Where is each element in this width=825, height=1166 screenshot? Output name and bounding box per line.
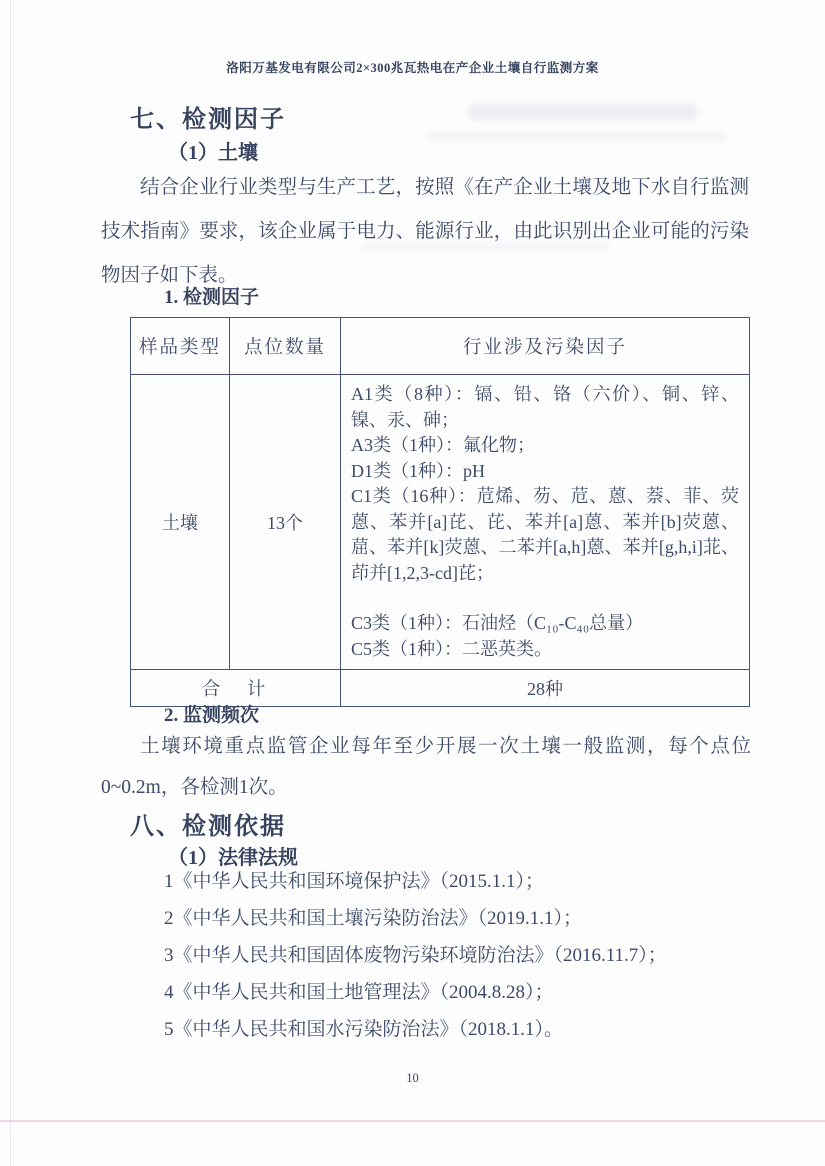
cell-pollutant-factors: A1类（8种）：镉、铅、铬（六价）、铜、锌、镍、汞、砷； A3类（1种）：氟化物… [341,375,750,670]
cell-total-value: 28种 [341,670,750,707]
scan-artifact [428,132,728,141]
section7-intro-paragraph: 结合企业行业类型与生产工艺，按照《在产企业土壤及地下水自行监测技术指南》要求，该… [101,166,749,298]
scanner-edge-line-left [10,0,11,1166]
cell-sample-type: 土壤 [131,375,230,670]
table-header-row: 样品类型 点位数量 行业涉及污染因子 [131,318,750,375]
section7-heading: 七、检测因子 [130,99,286,134]
cell-point-count: 13个 [230,375,341,670]
section8-subheading-laws: （1）法律法规 [168,841,298,870]
scanner-edge-line-bottom [0,1120,825,1122]
law-item-1: 1《中华人民共和国环境保护法》（2015.1.1）； [164,871,764,892]
factor-class-c5: C5类（1种）：二恶英类。 [351,637,739,663]
law-item-4: 4《中华人民共和国土地管理法》（2004.8.28）； [164,982,764,1003]
header-sample-type: 样品类型 [131,318,230,375]
law-list: 1《中华人民共和国环境保护法》（2015.1.1）； 2《中华人民共和国土壤污染… [164,871,764,1056]
factor-class-d1: D1类（1种）：pH [351,459,739,485]
law-item-5: 5《中华人民共和国水污染防治法》（2018.1.1）。 [164,1019,764,1040]
law-item-2: 2《中华人民共和国土壤污染防治法》（2019.1.1）； [164,908,764,929]
factor-class-c3: C3类（1种）：石油烃（C₁₀-C₄₀总量） [351,611,739,637]
scanned-document-page: 洛阳万基发电有限公司2×300兆瓦热电在产企业土壤自行监测方案 七、检测因子 （… [0,0,825,1166]
header-point-count: 点位数量 [230,318,341,375]
monitoring-frequency-paragraph: 土壤环境重点监管企业每年至少开展一次土壤一般监测，每个点位0~0.2m，各检测1… [101,726,751,808]
document-header-title: 洛阳万基发电有限公司2×300兆瓦热电在产企业土壤自行监测方案 [0,58,825,76]
factor-class-c1: C1类（16种）：苊烯、芴、苊、蒽、萘、菲、荧蒽、苯并[a]芘、芘、苯并[a]蒽… [351,484,739,586]
page-number: 10 [0,1071,825,1086]
factor-class-a1: A1类（8种）：镉、铅、铬（六价）、铜、锌、镍、汞、砷； [351,382,739,433]
monitoring-frequency-heading: 2. 监测频次 [164,700,259,727]
header-industry-pollutants: 行业涉及污染因子 [341,318,750,375]
law-item-3: 3《中华人民共和国固体废物污染环境防治法》（2016.11.7）； [164,945,764,966]
table-caption-detection-factors: 1. 检测因子 [164,282,259,309]
factor-class-a3: A3类（1种）：氟化物； [351,433,739,459]
section7-subheading-soil: （1）土壤 [168,136,258,165]
scan-artifact [468,104,698,120]
table-row: 土壤 13个 A1类（8种）：镉、铅、铬（六价）、铜、锌、镍、汞、砷； A3类（… [131,375,750,670]
section8-heading: 八、检测依据 [130,806,286,841]
detection-factors-table: 样品类型 点位数量 行业涉及污染因子 土壤 13个 A1类（8种）：镉、铅、铬（… [130,317,750,707]
